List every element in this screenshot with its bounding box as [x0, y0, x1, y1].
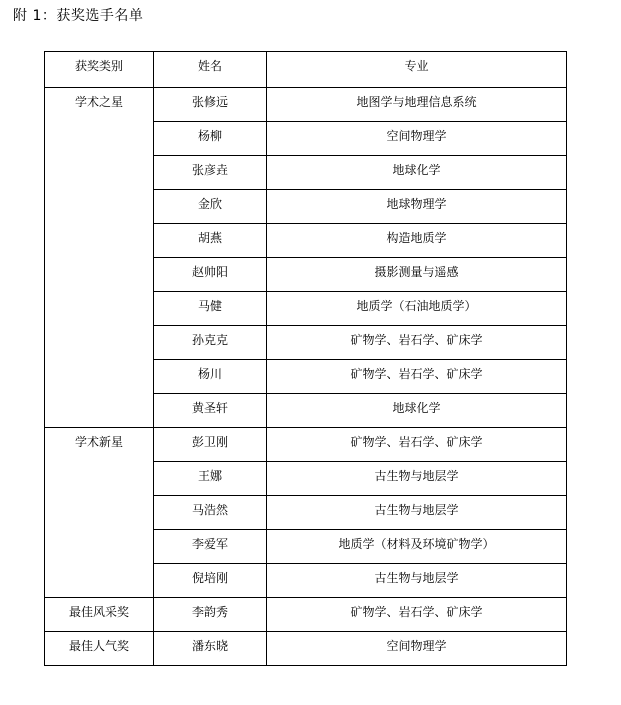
- category-cell: 学术新星: [45, 428, 154, 598]
- table-row: 学术新星 彭卫刚 矿物学、岩石学、矿床学: [45, 428, 567, 462]
- major-cell: 地球化学: [267, 156, 567, 190]
- document-title: 附 1：获奖选手名单: [13, 7, 143, 25]
- name-cell: 彭卫刚: [154, 428, 267, 462]
- major-cell: 摄影测量与遥感: [267, 258, 567, 292]
- name-cell: 马浩然: [154, 496, 267, 530]
- name-cell: 潘东晓: [154, 632, 267, 666]
- name-cell: 金欣: [154, 190, 267, 224]
- table-row: 最佳风采奖 李韵秀 矿物学、岩石学、矿床学: [45, 598, 567, 632]
- category-cell: 学术之星: [45, 88, 154, 428]
- category-cell: 最佳人气奖: [45, 632, 154, 666]
- name-cell: 赵帅阳: [154, 258, 267, 292]
- name-cell: 张修远: [154, 88, 267, 122]
- major-cell: 地质学（石油地质学）: [267, 292, 567, 326]
- major-cell: 古生物与地层学: [267, 564, 567, 598]
- major-cell: 地质学（材料及环境矿物学）: [267, 530, 567, 564]
- name-cell: 王娜: [154, 462, 267, 496]
- major-cell: 古生物与地层学: [267, 496, 567, 530]
- major-cell: 地球化学: [267, 394, 567, 428]
- table-header-row: 获奖类别 姓名 专业: [45, 52, 567, 88]
- name-cell: 倪培刚: [154, 564, 267, 598]
- name-cell: 黄圣轩: [154, 394, 267, 428]
- name-cell: 马健: [154, 292, 267, 326]
- category-cell: 最佳风采奖: [45, 598, 154, 632]
- award-winners-table: 获奖类别 姓名 专业 学术之星 张修远 地图学与地理信息系统 杨柳 空间物理学 …: [44, 51, 567, 666]
- major-cell: 矿物学、岩石学、矿床学: [267, 428, 567, 462]
- major-cell: 矿物学、岩石学、矿床学: [267, 360, 567, 394]
- table-row: 学术之星 张修远 地图学与地理信息系统: [45, 88, 567, 122]
- name-cell: 张彦垚: [154, 156, 267, 190]
- major-cell: 空间物理学: [267, 632, 567, 666]
- major-cell: 矿物学、岩石学、矿床学: [267, 598, 567, 632]
- major-cell: 空间物理学: [267, 122, 567, 156]
- name-cell: 孙克克: [154, 326, 267, 360]
- major-cell: 构造地质学: [267, 224, 567, 258]
- name-cell: 李韵秀: [154, 598, 267, 632]
- major-cell: 地球物理学: [267, 190, 567, 224]
- name-cell: 杨柳: [154, 122, 267, 156]
- name-cell: 杨川: [154, 360, 267, 394]
- major-cell: 古生物与地层学: [267, 462, 567, 496]
- header-name: 姓名: [154, 52, 267, 88]
- name-cell: 李爱军: [154, 530, 267, 564]
- header-major: 专业: [267, 52, 567, 88]
- table-row: 最佳人气奖 潘东晓 空间物理学: [45, 632, 567, 666]
- major-cell: 矿物学、岩石学、矿床学: [267, 326, 567, 360]
- name-cell: 胡燕: [154, 224, 267, 258]
- major-cell: 地图学与地理信息系统: [267, 88, 567, 122]
- header-category: 获奖类别: [45, 52, 154, 88]
